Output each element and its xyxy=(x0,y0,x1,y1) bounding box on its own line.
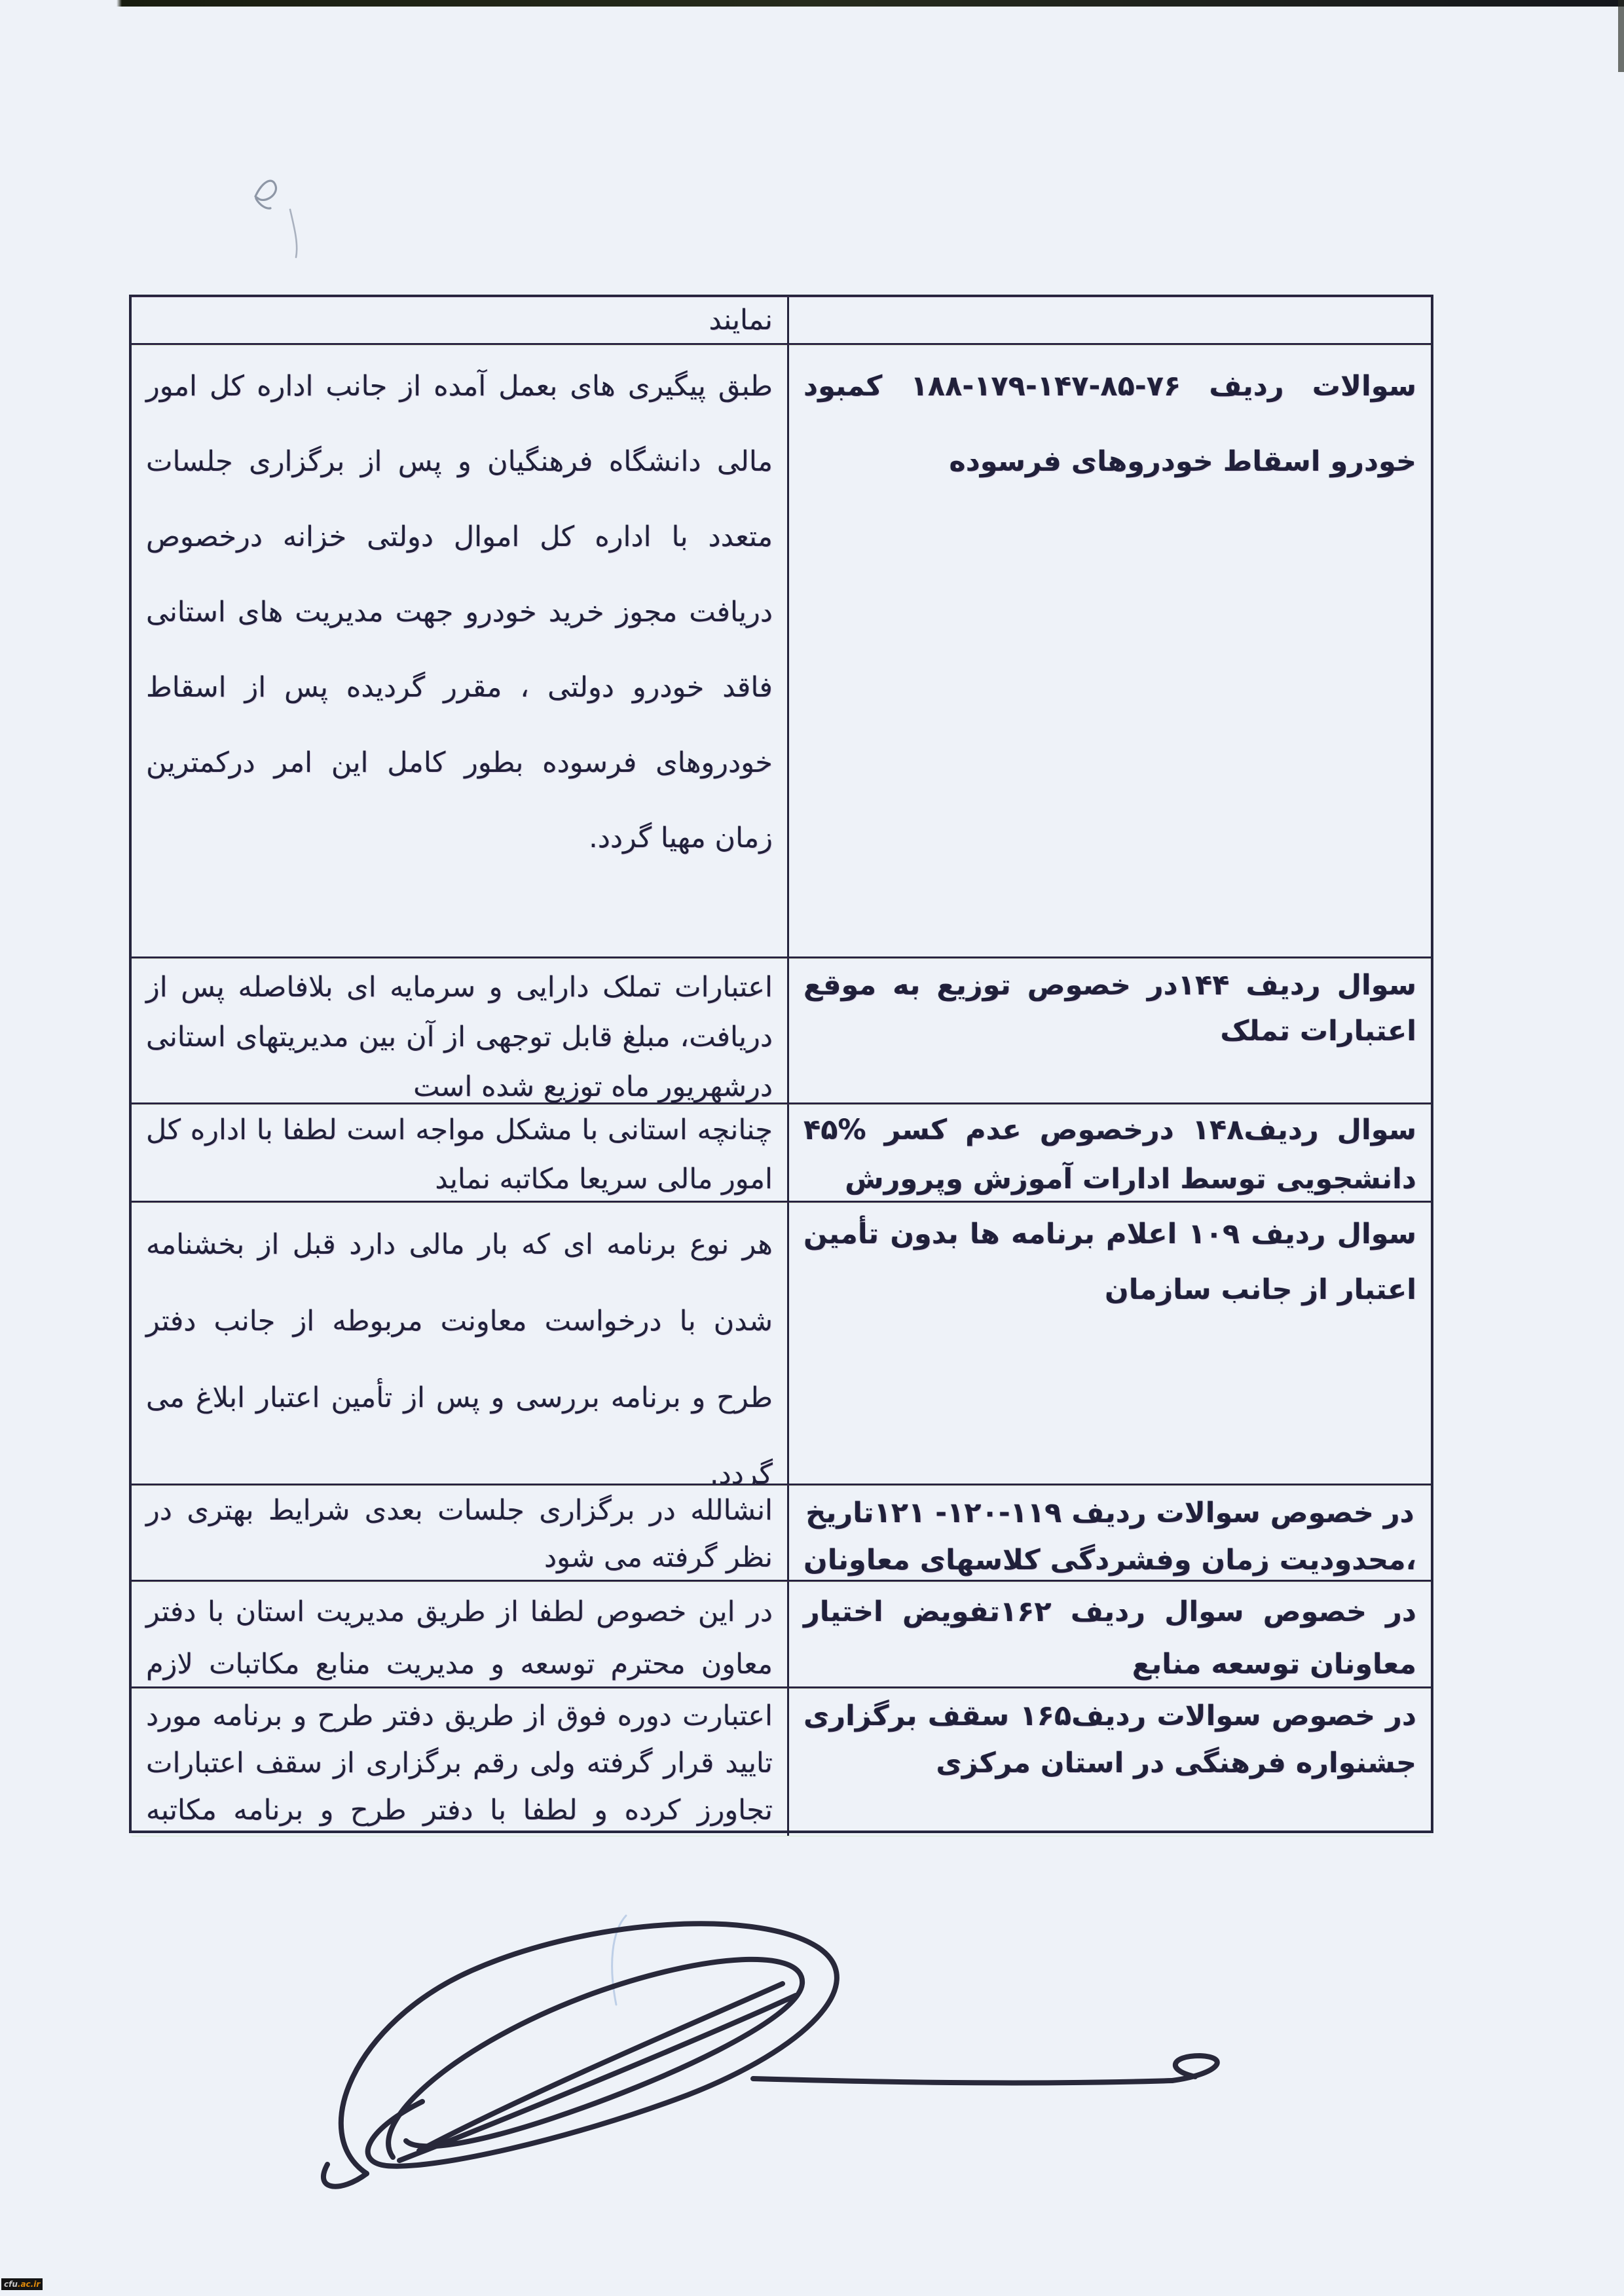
scan-artifact-right-edge xyxy=(1618,0,1624,72)
question-cell: سوال ردیف ۱۴۴در خصوص توزیع به موقع اعتبا… xyxy=(787,958,1431,1102)
signature-graphic xyxy=(323,1923,1217,2186)
scan-artifact-top-edge xyxy=(0,0,1624,7)
pen-line xyxy=(290,210,297,257)
table-row: سوال ردیف ۱۰۹ اعلام برنامه ها بدون تأمین… xyxy=(132,1203,1431,1485)
table-row: سوال ردیف ۱۴۴در خصوص توزیع به موقع اعتبا… xyxy=(132,958,1431,1104)
answer-cell: طبق پیگیری های بعمل آمده از جانب اداره ک… xyxy=(132,345,787,957)
question-cell: در خصوص سوالات ردیف ۱۱۹‏-۱۲۰‏- ۱۲۱تاریخ … xyxy=(787,1485,1431,1580)
watermark-suffix: .ac.ir xyxy=(18,2280,40,2289)
answer-cell: در این خصوص لطفا از طریق مدیریت استان با… xyxy=(132,1582,787,1686)
question-cell: سوال ردیف ۱۰۹ اعلام برنامه ها بدون تأمین… xyxy=(787,1203,1431,1484)
answer-cell: اعتبارات تملک دارایی و سرمایه ای بلافاصل… xyxy=(132,958,787,1102)
table-row: سوال ردیف۱۴۸ درخصوص عدم کسر %۴۵ دانشجویی… xyxy=(132,1104,1431,1203)
question-cell: سوالات ردیف ۷۶‏-۸۵‏-۱۴۷‏-۱۷۹‏-۱۸۸ کمبود … xyxy=(787,345,1431,957)
table-row: سوالات ردیف ۷۶‏-۸۵‏-۱۴۷‏-۱۷۹‏-۱۸۸ کمبود … xyxy=(132,345,1431,958)
table-header-row: نمایند xyxy=(132,297,1431,345)
table-row: در خصوص سوالات ردیف ۱۱۹‏-۱۲۰‏- ۱۲۱تاریخ … xyxy=(132,1485,1431,1582)
answer-cell: چنانچه استانی با مشکل مواجه است لطفا با … xyxy=(132,1104,787,1201)
pen-mark-blue xyxy=(612,1916,626,2005)
header-answer-cell: نمایند xyxy=(132,297,787,343)
qa-table: نمایند سوالات ردیف ۷۶‏-۸۵‏-۱۴۷‏-۱۷۹‏-۱۸۸… xyxy=(129,295,1433,1833)
table-row: در خصوص سوال ردیف ۱۶۲تفویض اختیار معاونا… xyxy=(132,1582,1431,1688)
site-watermark: cfu.ac.ir xyxy=(1,2278,43,2290)
question-cell: در خصوص سوال ردیف ۱۶۲تفویض اختیار معاونا… xyxy=(787,1582,1431,1686)
answer-cell: انشالله در برگزاری جلسات بعدی شرایط بهتر… xyxy=(132,1485,787,1580)
scanned-document-page: { "document": { "language": "fa", "direc… xyxy=(0,0,1624,2296)
pen-scribble xyxy=(255,181,276,208)
table-row: در خصوص سوالات ردیف۱۶۵ سقف برگزاری جشنوا… xyxy=(132,1688,1431,1836)
header-question-cell xyxy=(787,297,1431,343)
question-cell: سوال ردیف۱۴۸ درخصوص عدم کسر %۴۵ دانشجویی… xyxy=(787,1104,1431,1201)
answer-cell: اعتبارت دوره فوق از طریق دفتر طرح و برنا… xyxy=(132,1688,787,1836)
question-cell: در خصوص سوالات ردیف۱۶۵ سقف برگزاری جشنوا… xyxy=(787,1688,1431,1836)
watermark-prefix: cfu xyxy=(4,2280,18,2289)
answer-cell: هر نوع برنامه ای که بار مالی دارد قبل از… xyxy=(132,1203,787,1484)
